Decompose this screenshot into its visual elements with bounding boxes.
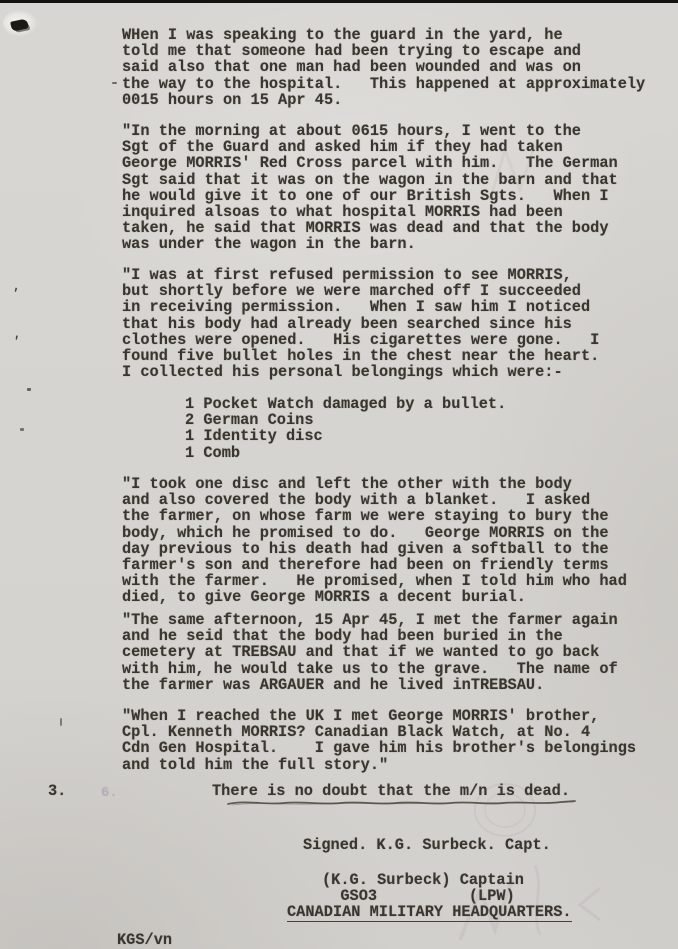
- paragraph-disc-burial: "I took one disc and left the other with…: [122, 476, 627, 606]
- document-page: ' ' WHen I was speaking to the guard in …: [0, 0, 678, 949]
- margin-mark-1: ': [9, 285, 20, 301]
- scan-top-edge: [0, 0, 678, 3]
- margin-mark-2: ': [11, 333, 21, 349]
- ghost-marks-upper: [480, 130, 600, 210]
- belongings-list: 1 Pocket Watch damaged by a bullet. 2 Ge…: [185, 396, 506, 461]
- typist-initials: KGS/vn: [117, 932, 172, 948]
- paragraph-uk-brother: "When I reached the UK I met George MORR…: [122, 708, 636, 773]
- overstrike-mark: [112, 82, 117, 84]
- margin-mark-5: [60, 718, 62, 726]
- paragraph-permission: "I was at first refused permission to se…: [122, 267, 599, 380]
- margin-mark-3: [27, 388, 31, 391]
- pencil-number: 6.: [101, 785, 118, 801]
- ghost-marks: [420, 770, 620, 945]
- item-number: 3.: [48, 783, 66, 799]
- paragraph-intro: WHen I was speaking to the guard in the …: [122, 27, 645, 108]
- paragraph-afternoon-farmer: "The same afternoon, 15 Apr 45, I met th…: [122, 612, 618, 693]
- margin-mark-4: [20, 428, 24, 431]
